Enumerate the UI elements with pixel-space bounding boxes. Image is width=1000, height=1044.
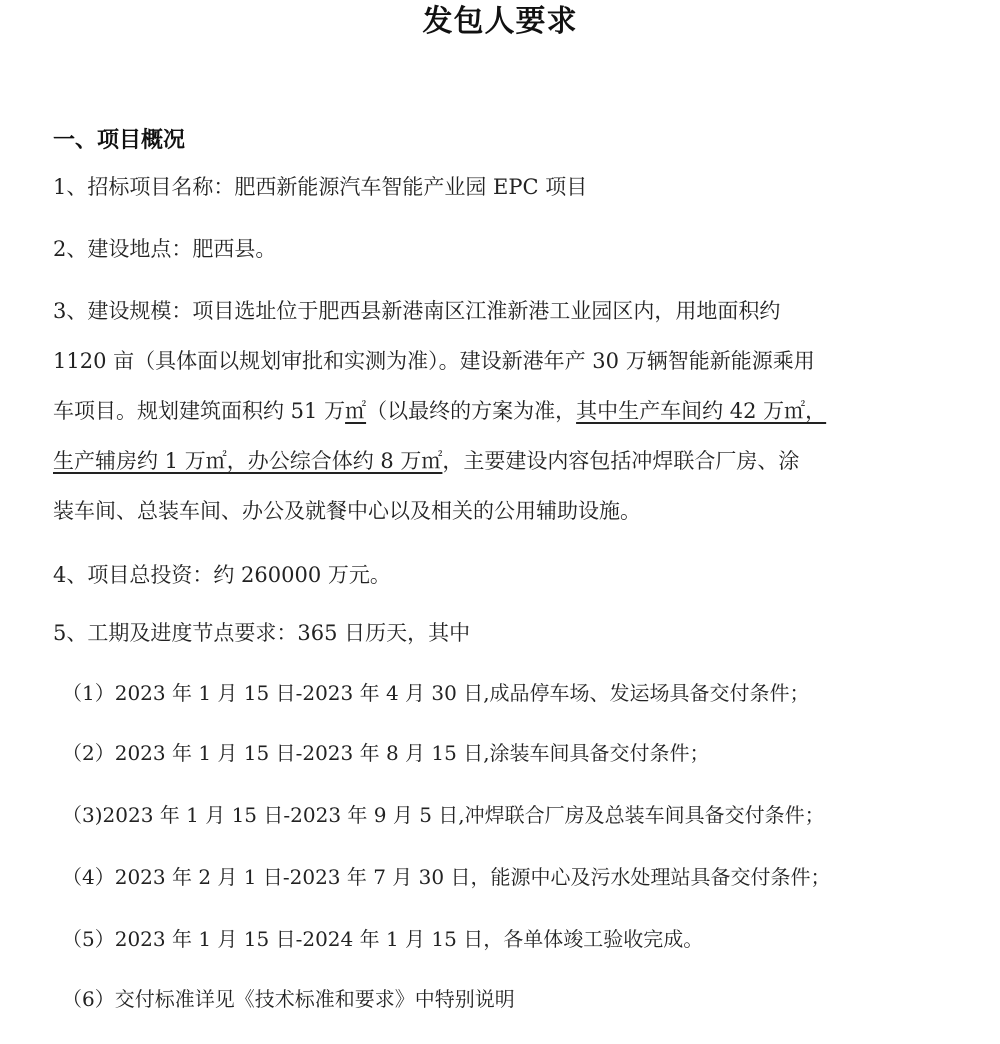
scale-unit-underlined: ㎡ bbox=[345, 399, 366, 423]
scale-line-4: 生产辅房约 1 万㎡，办公综合体约 8 万㎡，主要建设内容包括冲焊联合厂房、涂 bbox=[53, 446, 799, 476]
scale-line-3-text: 车项目。规划建筑面积约 51 万 bbox=[53, 399, 345, 423]
item-schedule: 5、工期及进度节点要求：365 日历天，其中 bbox=[53, 618, 470, 648]
scale-line-3: 车项目。规划建筑面积约 51 万㎡（以最终的方案为准，其中生产车间约 42 万㎡… bbox=[53, 396, 826, 426]
item-total-investment: 4、项目总投资：约 260000 万元。 bbox=[53, 560, 391, 590]
milestone-item: （1）2023 年 1 月 15 日-2023 年 4 月 30 日,成品停车场… bbox=[62, 678, 810, 708]
milestone-item: （2）2023 年 1 月 15 日-2023 年 8 月 15 日,涂装车间具… bbox=[62, 738, 710, 768]
scale-line-5: 装车间、总装车间、办公及就餐中心以及相关的公用辅助设施。 bbox=[53, 496, 641, 526]
milestone-item: （3)2023 年 1 月 15 日-2023 年 9 月 5 日,冲焊联合厂房… bbox=[62, 800, 825, 830]
milestone-item: （6）交付标准详见《技术标准和要求》中特别说明 bbox=[62, 984, 515, 1014]
scale-aux-office-underlined: 生产辅房约 1 万㎡，办公综合体约 8 万㎡ bbox=[53, 449, 442, 473]
milestone-item: （4）2023 年 2 月 1 日-2023 年 7 月 30 日，能源中心及污… bbox=[62, 862, 830, 892]
scale-line-3-note: （以最终的方案为准， bbox=[366, 399, 576, 423]
scale-production-workshop-underlined: 其中生产车间约 42 万㎡， bbox=[576, 399, 826, 423]
item-location: 2、建设地点：肥西县。 bbox=[53, 234, 276, 264]
section-heading-project-overview: 一、项目概况 bbox=[53, 126, 185, 156]
milestone-item: （5）2023 年 1 月 15 日-2024 年 1 月 15 日，各单体竣工… bbox=[62, 924, 703, 954]
document-title: 发包人要求 bbox=[0, 2, 1000, 42]
scale-line-1: 3、建设规模：项目选址位于肥西县新港南区江淮新港工业园区内，用地面积约 bbox=[53, 296, 780, 326]
scale-line-2: 1120 亩（具体面以规划审批和实测为准）。建设新港年产 30 万辆智能新能源乘… bbox=[53, 346, 815, 376]
item-project-name: 1、招标项目名称：肥西新能源汽车智能产业园 EPC 项目 bbox=[53, 172, 587, 202]
scale-line-4-text: ，主要建设内容包括冲焊联合厂房、涂 bbox=[442, 449, 799, 473]
